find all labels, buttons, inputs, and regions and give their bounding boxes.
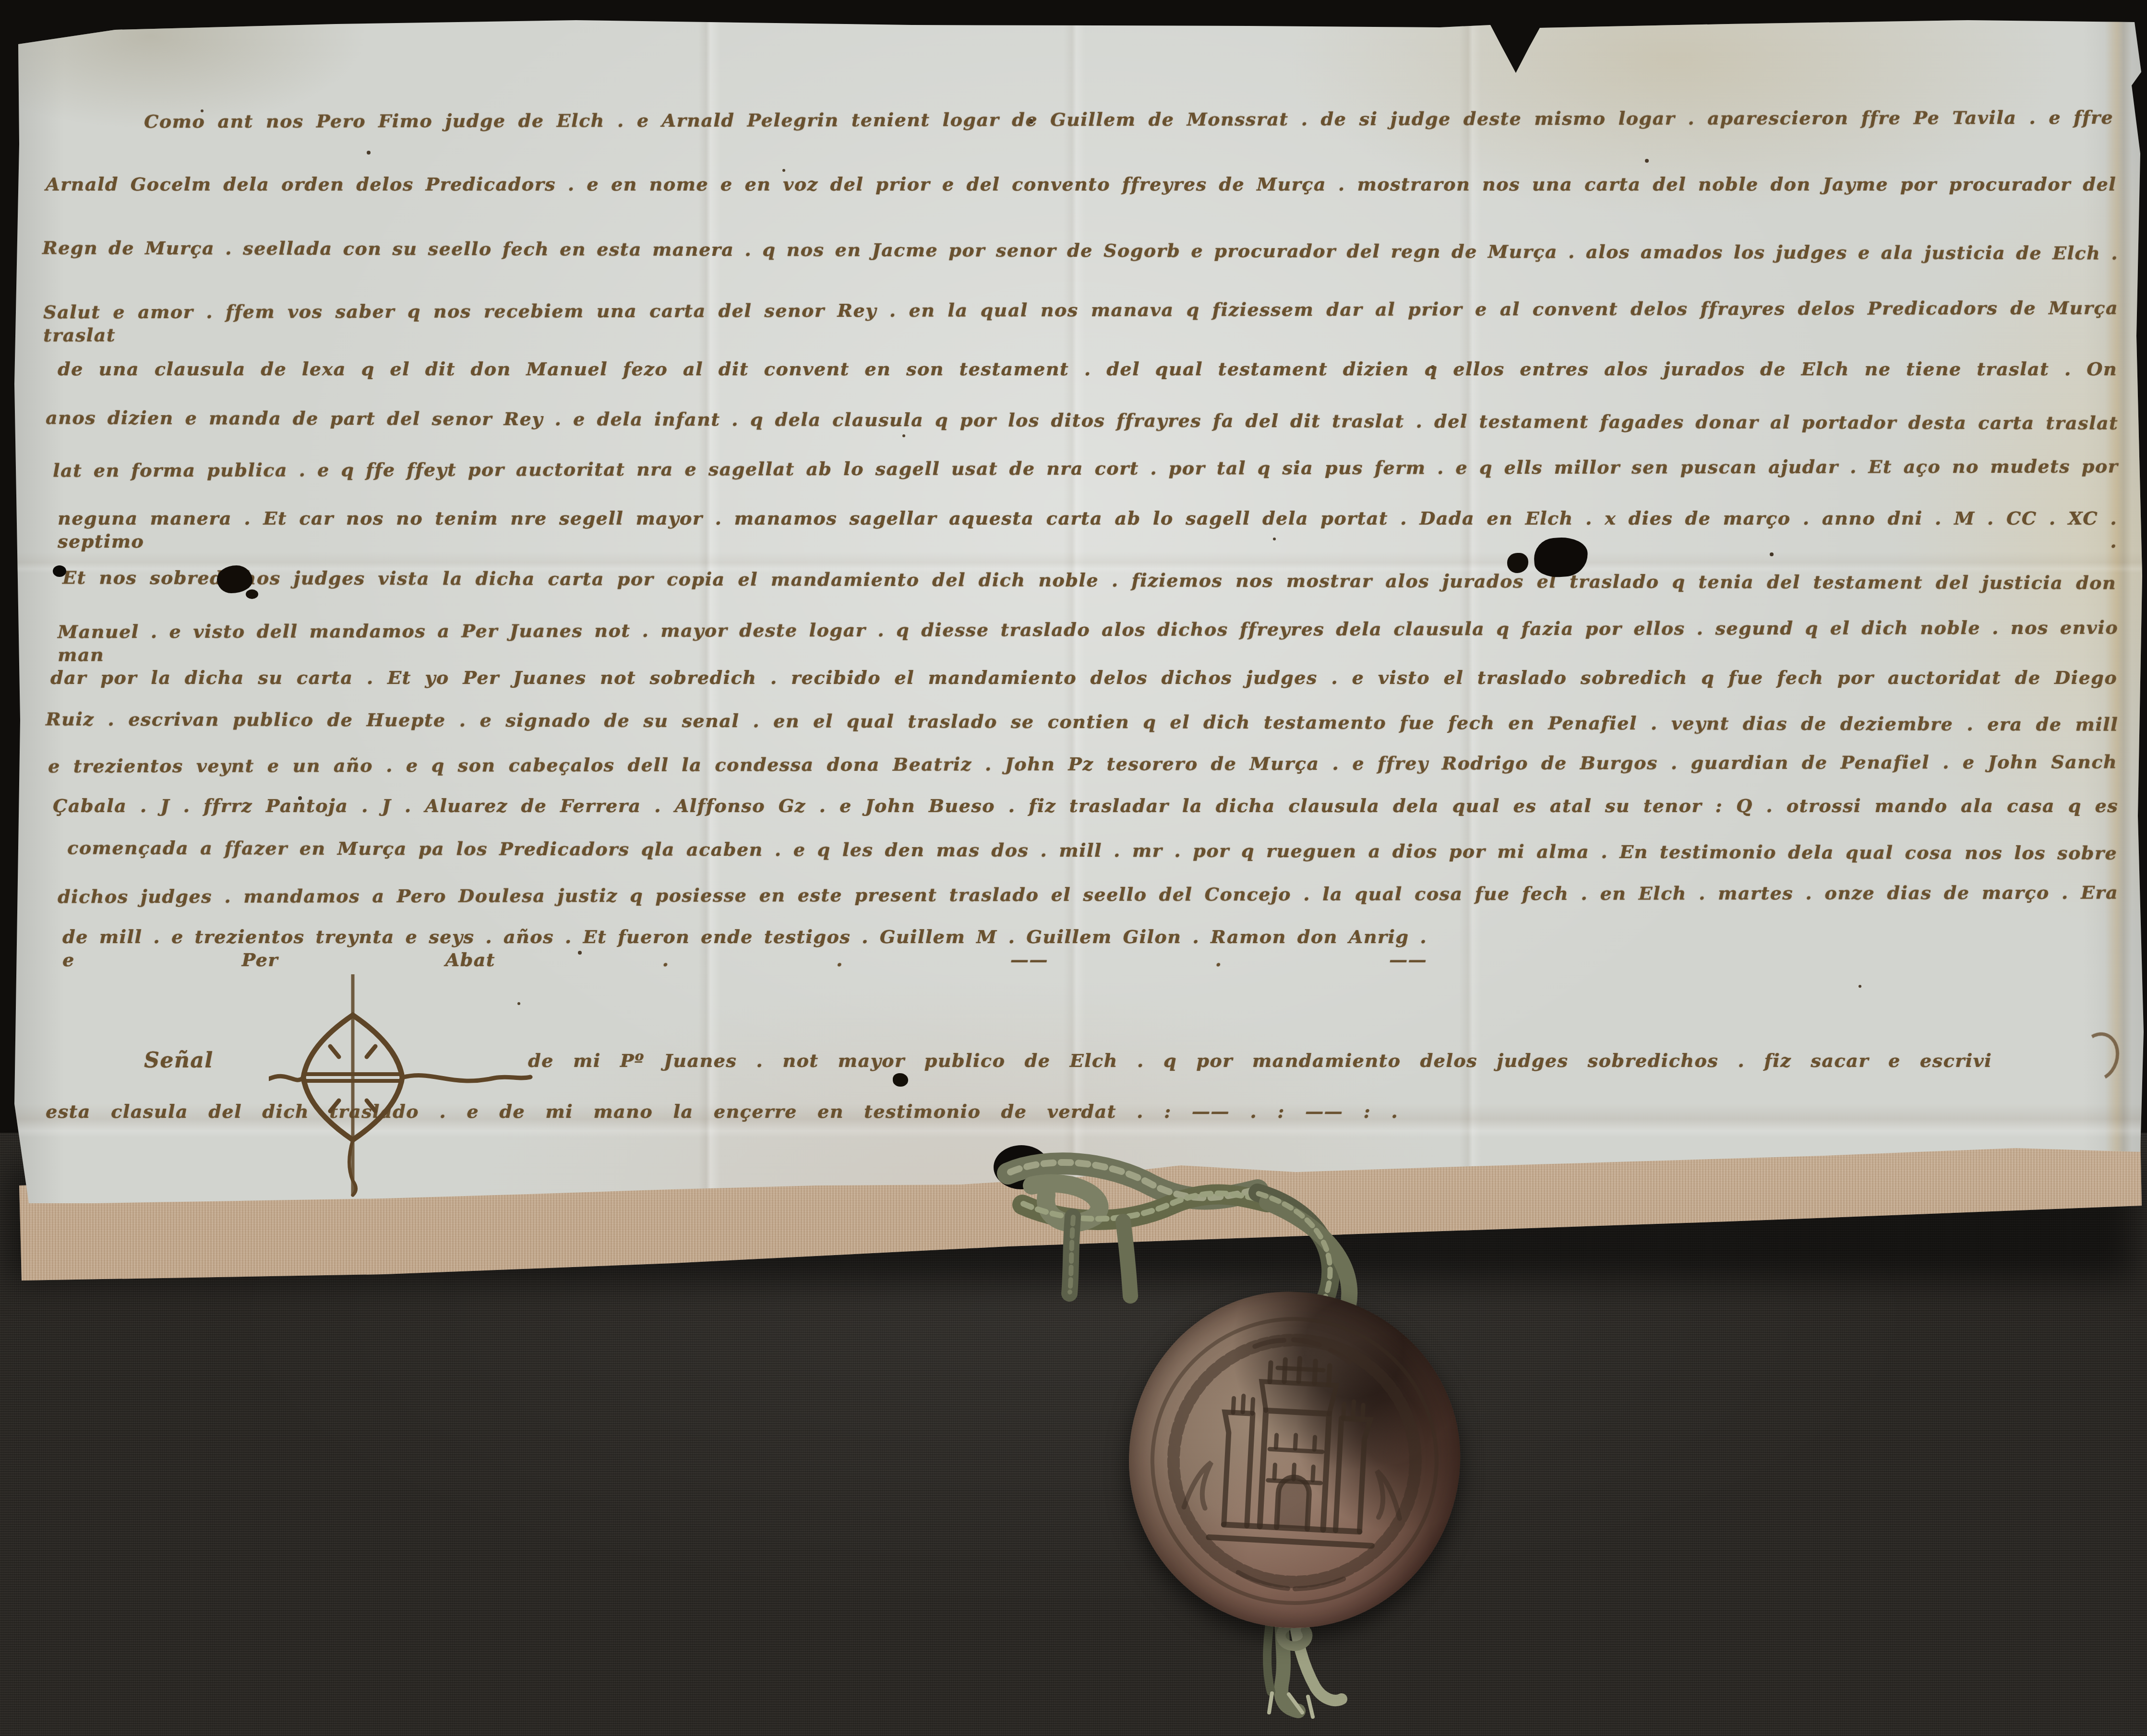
parchment-hole bbox=[893, 1073, 908, 1087]
manuscript-line: Salut e amor . ffem vos saber q nos rece… bbox=[43, 296, 2118, 346]
manuscript-line: dichos judges . mandamos a Pero Doulesa … bbox=[58, 881, 2118, 908]
senal-word: Señal bbox=[144, 1047, 213, 1074]
manuscript-line: Como ant nos Pero Fimo judge de Elch . e… bbox=[144, 106, 2113, 133]
manuscript-line: Arnald Gocelm dela orden delos Predicado… bbox=[46, 173, 2116, 196]
manuscript-line: Regn de Murça . seellada con su seello f… bbox=[42, 236, 2118, 264]
manuscript-line: lat en forma publica . e q ffe ffeyt por… bbox=[53, 455, 2118, 482]
wax-seal bbox=[1120, 1283, 1469, 1636]
notarial-sign-icon bbox=[269, 974, 538, 1200]
parchment-sheet: Como ant nos Pero Fimo judge de Elch . e… bbox=[0, 0, 2147, 1209]
ink-specks bbox=[0, 0, 3, 3]
parchment-hole bbox=[53, 565, 66, 577]
manuscript-line: de mill . e trezientos treynta e seys . … bbox=[62, 925, 1427, 971]
manuscript-line: anos dizien e manda de part del senor Re… bbox=[46, 406, 2118, 434]
manuscript-line: Çabala . J . ffrrz Pantoja . J . Aluarez… bbox=[53, 794, 2118, 817]
manuscript-line: Manuel . e visto dell mandamos a Per Jua… bbox=[58, 616, 2118, 666]
notarial-line: de mi Pº Juanes . not mayor publico de E… bbox=[528, 1049, 1992, 1072]
manuscript-line: dar por la dicha su carta . Et yo Per Ju… bbox=[50, 666, 2117, 689]
castle-seal-icon bbox=[1120, 1283, 1469, 1636]
manuscript-line: Et nos sobredichos judges vista la dicha… bbox=[62, 566, 2116, 594]
ink-blot bbox=[246, 589, 258, 599]
manuscript-line: e trezientos veynt e un año . e q son ca… bbox=[48, 750, 2117, 778]
manuscript-line: de una clausula de lexa q el dit don Man… bbox=[58, 358, 2117, 381]
manuscript-line: neguna manera . Et car nos no tenim nre … bbox=[58, 507, 2117, 552]
manuscript-line: començada a ffazer en Murça pa los Predi… bbox=[67, 836, 2117, 864]
manuscript-line: Ruiz . escrivan publico de Huepte . e si… bbox=[46, 707, 2118, 736]
notarial-line: esta clasula del dich traslado . e de mi… bbox=[46, 1100, 1398, 1123]
